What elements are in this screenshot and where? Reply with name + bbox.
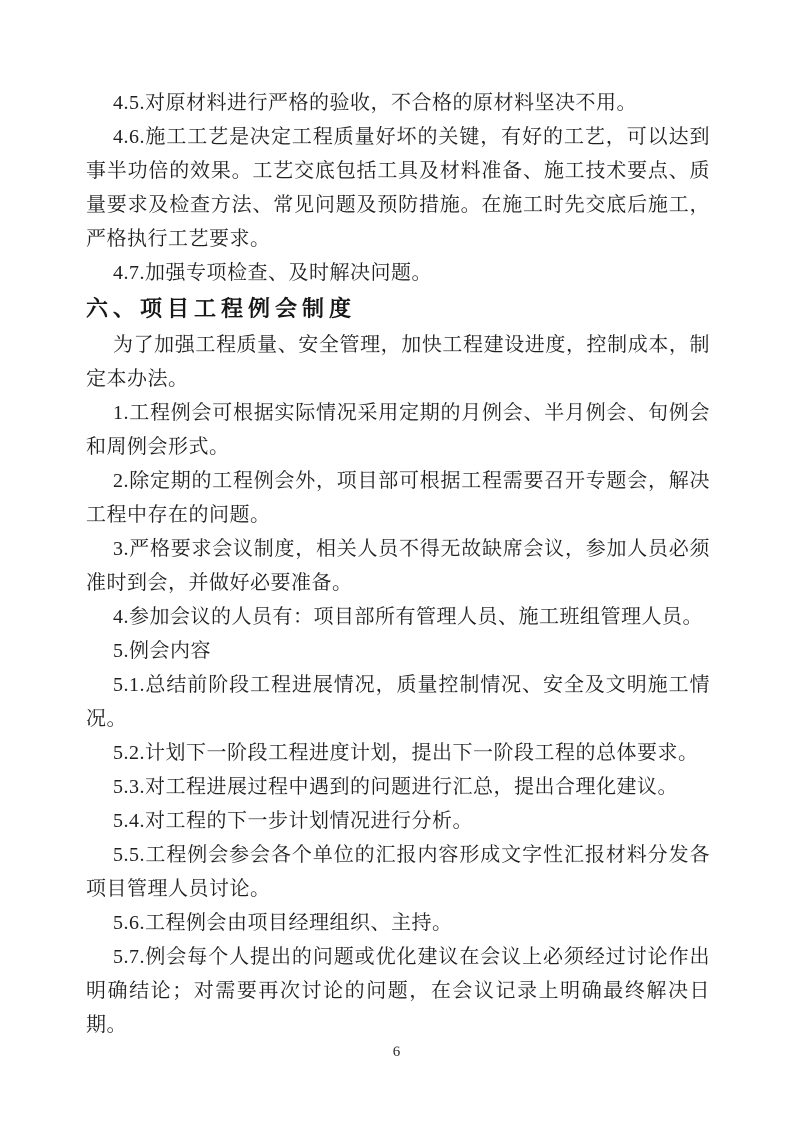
section-heading-6: 六、项目工程例会制度 — [86, 291, 710, 327]
paragraph-5-2: 5.2.计划下一阶段工程进度计划，提出下一阶段工程的总体要求。 — [86, 736, 710, 770]
paragraph-3: 3.严格要求会议制度，相关人员不得无故缺席会议，参加人员必须准时到会，并做好必要… — [86, 532, 710, 600]
paragraph-4-7: 4.7.加强专项检查、及时解决问题。 — [86, 256, 710, 290]
paragraph-5-5: 5.5.工程例会参会各个单位的汇报内容形成文字性汇报材料分发各项目管理人员讨论。 — [86, 838, 710, 906]
paragraph-4-6: 4.6.施工工艺是决定工程质量好坏的关键，有好的工艺，可以达到事半功倍的效果。工… — [86, 120, 710, 256]
paragraph-5-6: 5.6.工程例会由项目经理组织、主持。 — [86, 906, 710, 940]
page-number: 6 — [0, 1042, 793, 1062]
paragraph-4: 4.参加会议的人员有：项目部所有管理人员、施工班组管理人员。 — [86, 600, 710, 634]
document-page: 4.5.对原材料进行严格的验收，不合格的原材料坚决不用。 4.6.施工工艺是决定… — [0, 0, 793, 1122]
paragraph-5-4: 5.4.对工程的下一步计划情况进行分析。 — [86, 804, 710, 838]
document-body: 4.5.对原材料进行严格的验收，不合格的原材料坚决不用。 4.6.施工工艺是决定… — [86, 86, 710, 1042]
paragraph-5-1: 5.1.总结前阶段工程进展情况，质量控制情况、安全及文明施工情况。 — [86, 668, 710, 736]
paragraph-2: 2.除定期的工程例会外，项目部可根据工程需要召开专题会，解决工程中存在的问题。 — [86, 464, 710, 532]
paragraph-1: 1.工程例会可根据实际情况采用定期的月例会、半月例会、旬例会和周例会形式。 — [86, 396, 710, 464]
paragraph-intro: 为了加强工程质量、安全管理，加快工程建设进度，控制成本，制定本办法。 — [86, 328, 710, 396]
paragraph-5-3: 5.3.对工程进展过程中遇到的问题进行汇总，提出合理化建议。 — [86, 770, 710, 804]
paragraph-5-7: 5.7.例会每个人提出的问题或优化建议在会议上必须经过讨论作出明确结论；对需要再… — [86, 940, 710, 1042]
paragraph-4-5: 4.5.对原材料进行严格的验收，不合格的原材料坚决不用。 — [86, 86, 710, 120]
paragraph-5: 5.例会内容 — [86, 634, 710, 668]
